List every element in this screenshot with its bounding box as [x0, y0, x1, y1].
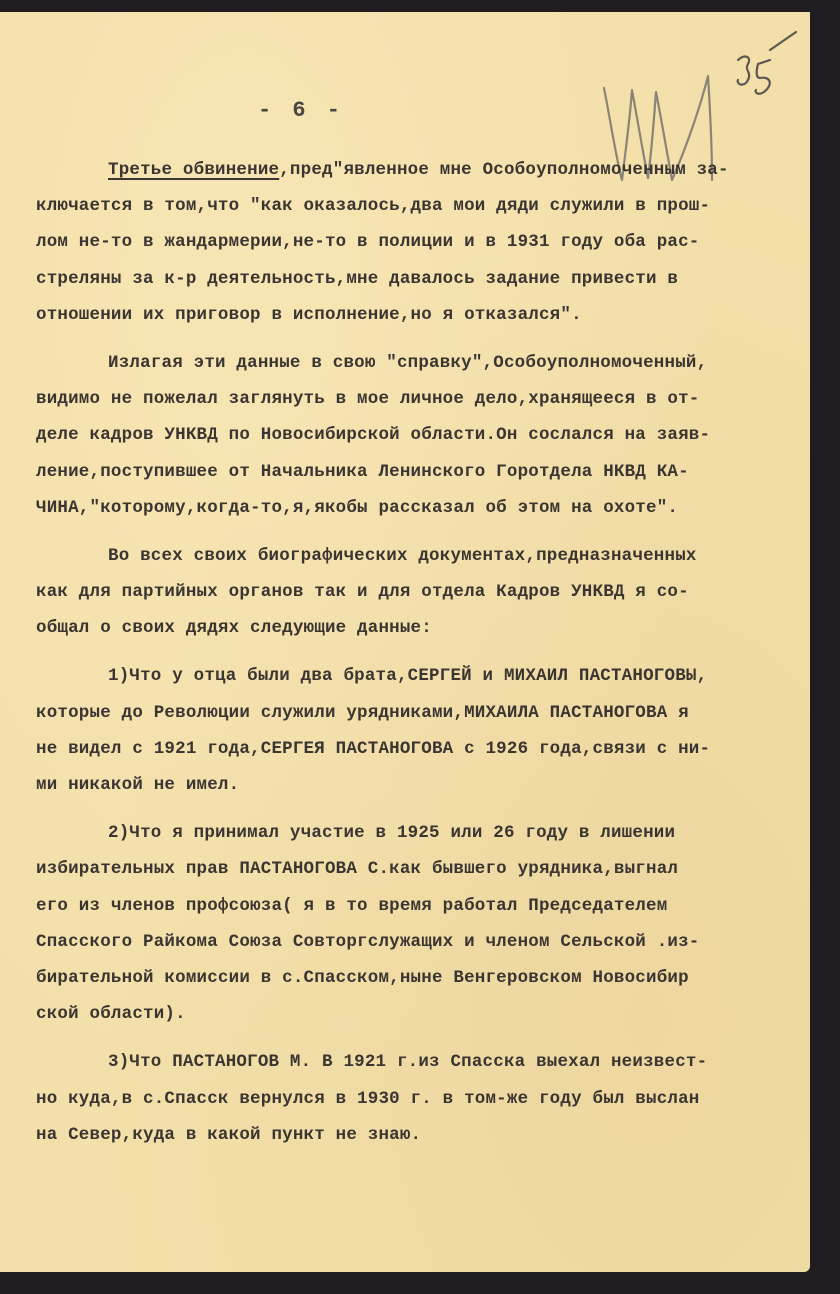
- text-line: Во всех своих биографических документах,…: [36, 538, 776, 574]
- text-line: как для партийных органов так и для отде…: [36, 574, 776, 610]
- handwritten-folio-number-icon: [730, 30, 800, 100]
- text-line: отношении их приговор в исполнение,но я …: [36, 297, 776, 333]
- text-line: избирательных прав ПАСТАНОГОВА С.как быв…: [36, 851, 776, 887]
- document-page: - 6 - Третье обвинение,пред"явленное мне…: [0, 12, 810, 1272]
- list-item-1: 1)Что у отца были два брата,СЕРГЕЙ и МИХ…: [36, 658, 776, 803]
- text-line: стреляны за к-р деятельность,мне давалос…: [36, 261, 776, 297]
- list-item-3: 3)Что ПАСТАНОГОВ М. В 1921 г.из Спасска …: [36, 1044, 776, 1153]
- text-line: Третье обвинение,пред"явленное мне Особо…: [36, 152, 776, 188]
- paragraph-charge-3: Третье обвинение,пред"явленное мне Особо…: [36, 152, 776, 333]
- text-line: не видел с 1921 года,СЕРГЕЯ ПАСТАНОГОВА …: [36, 731, 776, 767]
- paragraph-biography: Во всех своих биографических документах,…: [36, 538, 776, 647]
- text-line: его из членов профсоюза( я в то время ра…: [36, 888, 776, 924]
- text-line: ление,поступившее от Начальника Ленинско…: [36, 454, 776, 490]
- paragraph-reference: Излагая эти данные в свою "справку",Особ…: [36, 345, 776, 526]
- text-line: ской области).: [36, 996, 776, 1032]
- underlined-heading: Третье обвинение: [108, 160, 279, 180]
- text-line: 1)Что у отца были два брата,СЕРГЕЙ и МИХ…: [36, 658, 776, 694]
- list-item-2: 2)Что я принимал участие в 1925 или 26 г…: [36, 815, 776, 1032]
- text-line: ми никакой не имел.: [36, 767, 776, 803]
- text-line: 3)Что ПАСТАНОГОВ М. В 1921 г.из Спасска …: [36, 1044, 776, 1080]
- text-line: которые до Революции служили урядниками,…: [36, 695, 776, 731]
- text-line: лом не-то в жандармерии,не-то в полиции …: [36, 224, 776, 260]
- text-line: но куда,в с.Спасск вернулся в 1930 г. в …: [36, 1081, 776, 1117]
- text-line: бирательной комиссии в с.Спасском,ныне В…: [36, 960, 776, 996]
- text-line: деле кадров УНКВД по Новосибирской облас…: [36, 417, 776, 453]
- text-line: общал о своих дядях следующие данные:: [36, 610, 776, 646]
- text-line: ключается в том,что "как оказалось,два м…: [36, 188, 776, 224]
- text-line: 2)Что я принимал участие в 1925 или 26 г…: [36, 815, 776, 851]
- page-number: - 6 -: [258, 98, 344, 123]
- text-line: Спасского Райкома Союза Совторгслужащих …: [36, 924, 776, 960]
- document-body: Третье обвинение,пред"явленное мне Особо…: [36, 152, 776, 1153]
- text-line: ЧИНА,"которому,когда-то,я,якобы рассказа…: [36, 490, 776, 526]
- text-line: Излагая эти данные в свою "справку",Особ…: [36, 345, 776, 381]
- text-line: на Север,куда в какой пункт не знаю.: [36, 1117, 776, 1153]
- text-line: видимо не пожелал заглянуть в мое личное…: [36, 381, 776, 417]
